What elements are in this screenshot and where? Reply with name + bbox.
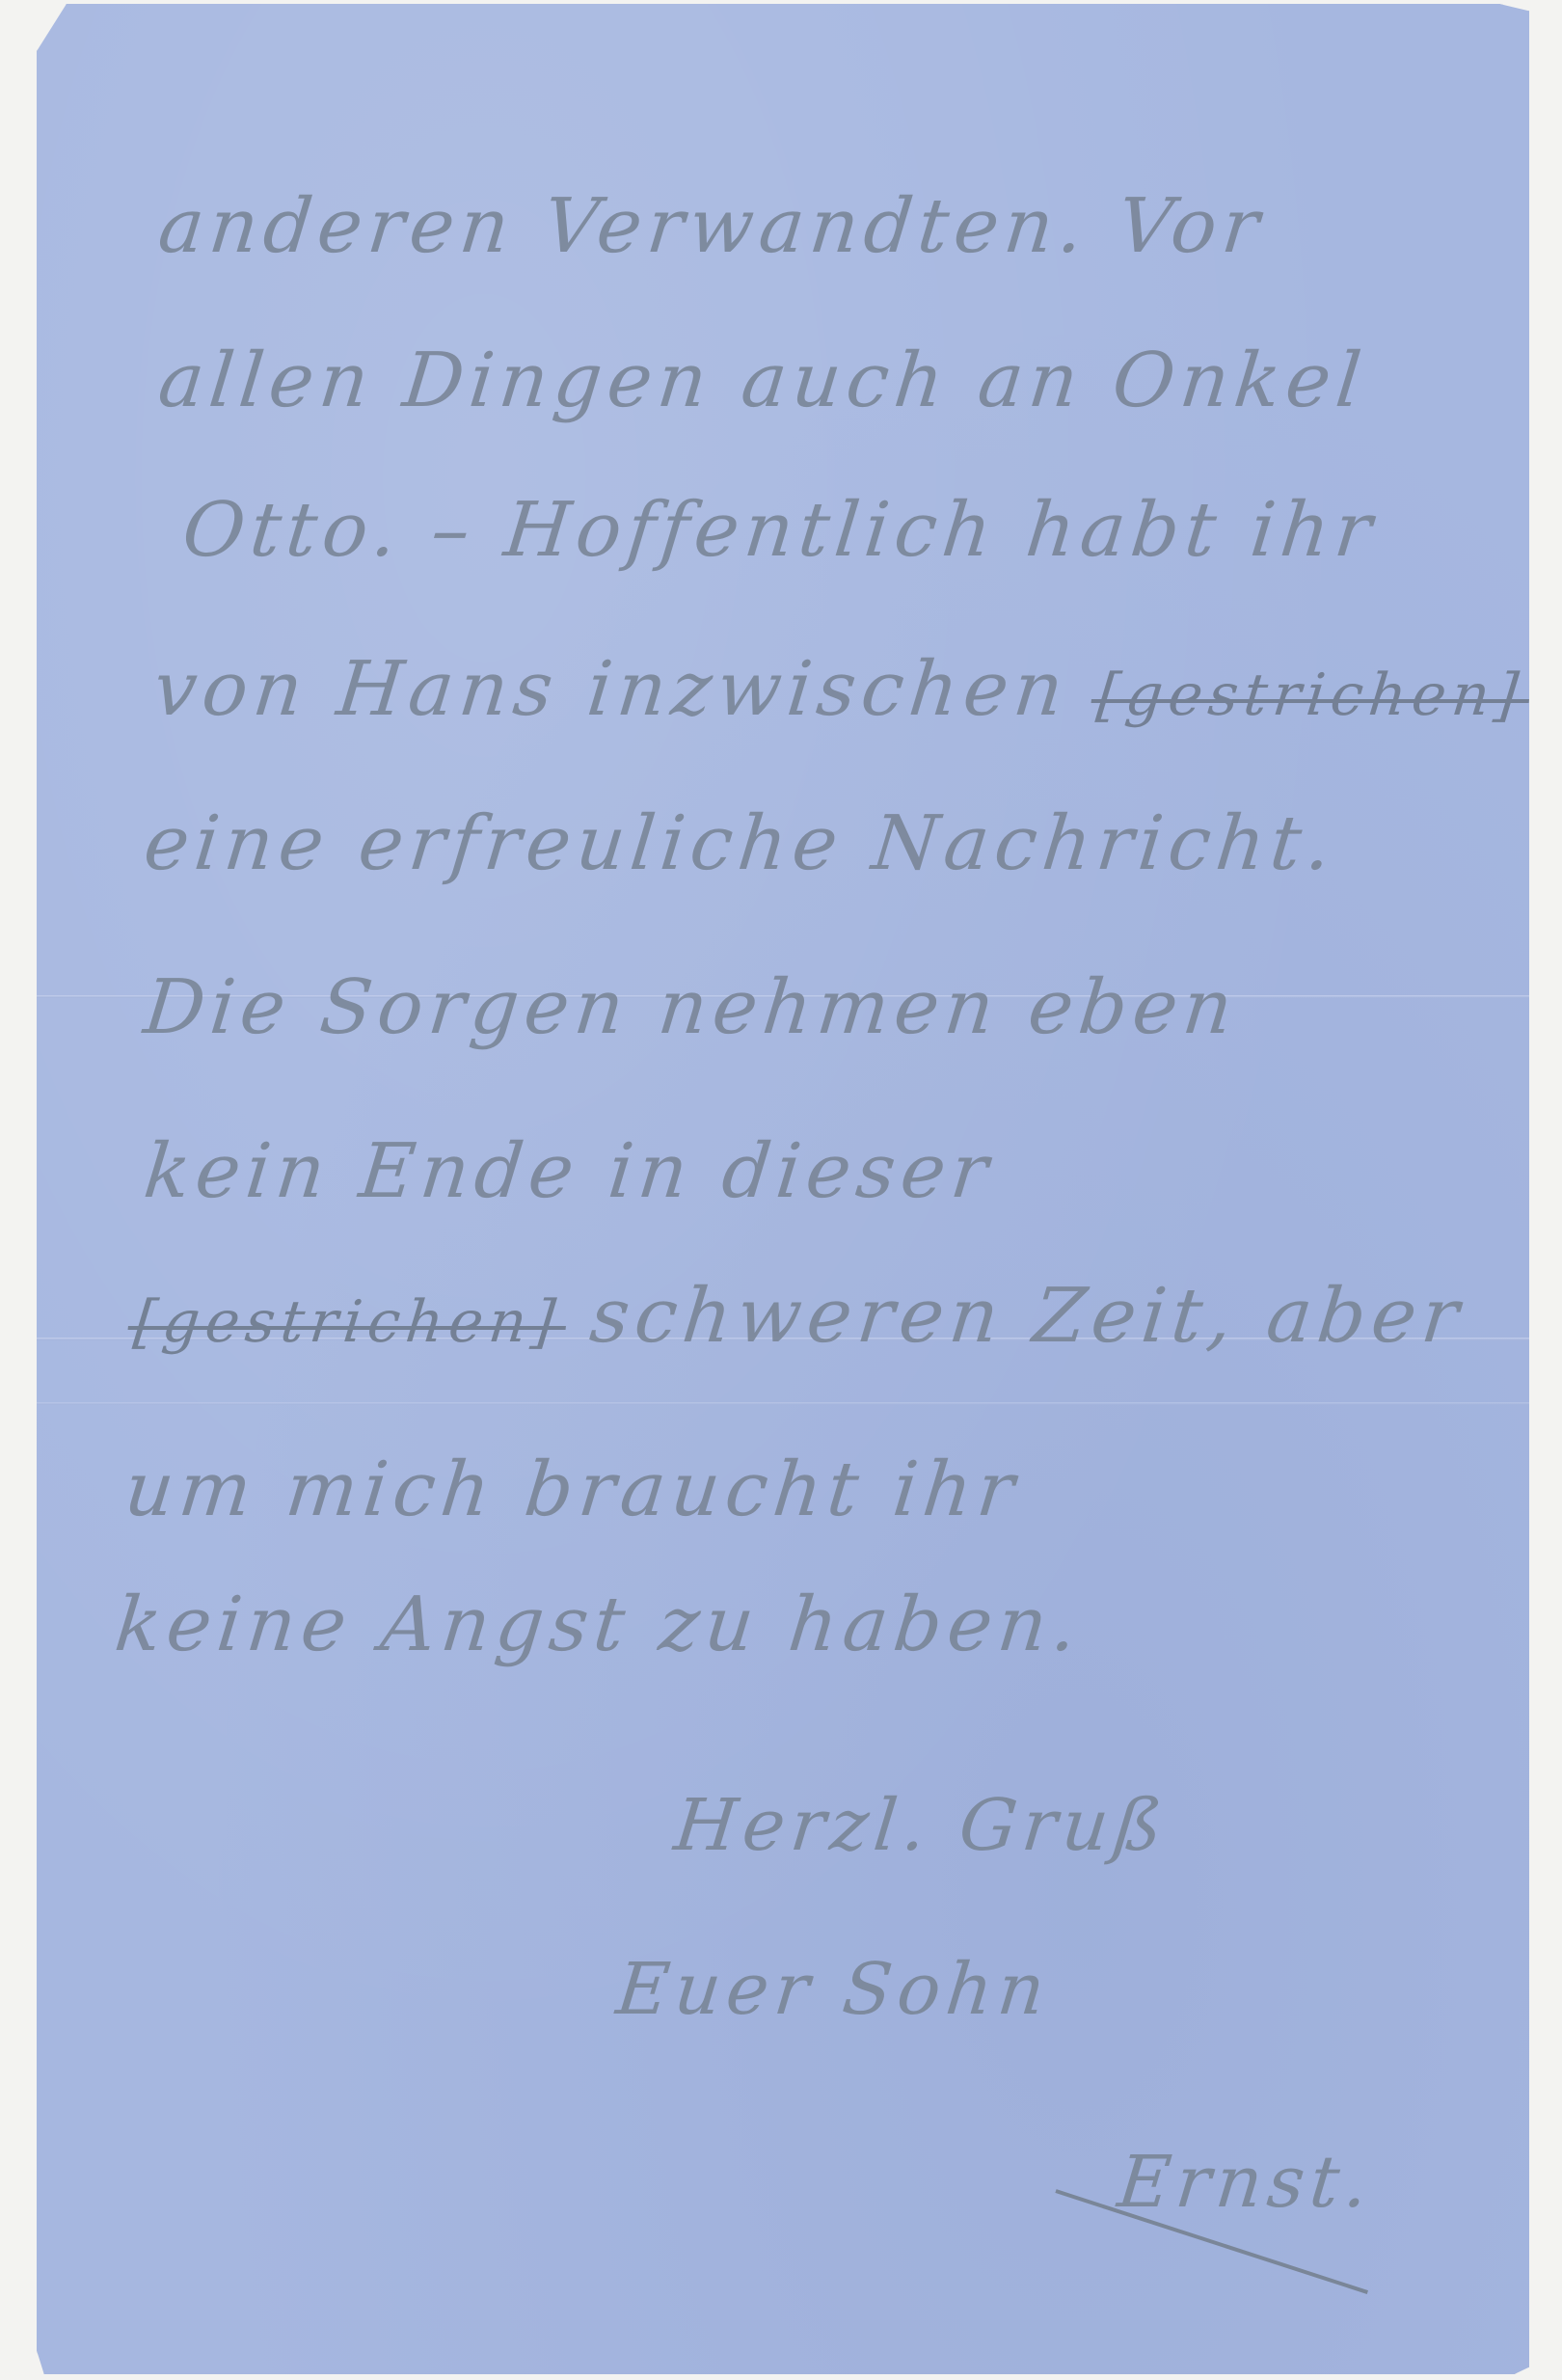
letter-line-8: [gestrichen] schweren Zeit, aber [130,1273,1468,1360]
closing-relation: Euer Sohn [612,1948,1054,2031]
letter-line-2: allen Dingen auch an Onkel [154,338,1370,424]
struck-out-word: [gestrichen] [1093,662,1526,729]
letter-line-8-text: schweren Zeit, aber [586,1273,1468,1360]
signature: Ernst. [1114,2141,1377,2224]
letter-line-10: keine Angst zu haben. [111,1582,1087,1668]
letter-line-9: um mich braucht ihr [121,1447,1024,1533]
letter-line-4: von Hans inzwischen [gestrichen] [149,646,1528,733]
letter-line-1: anderen Verwandten. Vor [154,183,1269,270]
letter-line-5: eine erfreuliche Nachricht. [140,800,1340,887]
paper-fold [37,1402,1529,1405]
letter-line-3: Otto. – Hoffentlich habt ihr [178,487,1381,574]
letter-line-7: kein Ende in dieser [140,1128,997,1215]
letter-line-6: Die Sorgen nehmen eben [140,964,1242,1051]
struck-out-word: [gestrichen] [131,1288,564,1356]
closing-greeting: Herzl. Gruß [670,1784,1171,1867]
letter-line-4-text: von Hans inzwischen [149,646,1072,733]
